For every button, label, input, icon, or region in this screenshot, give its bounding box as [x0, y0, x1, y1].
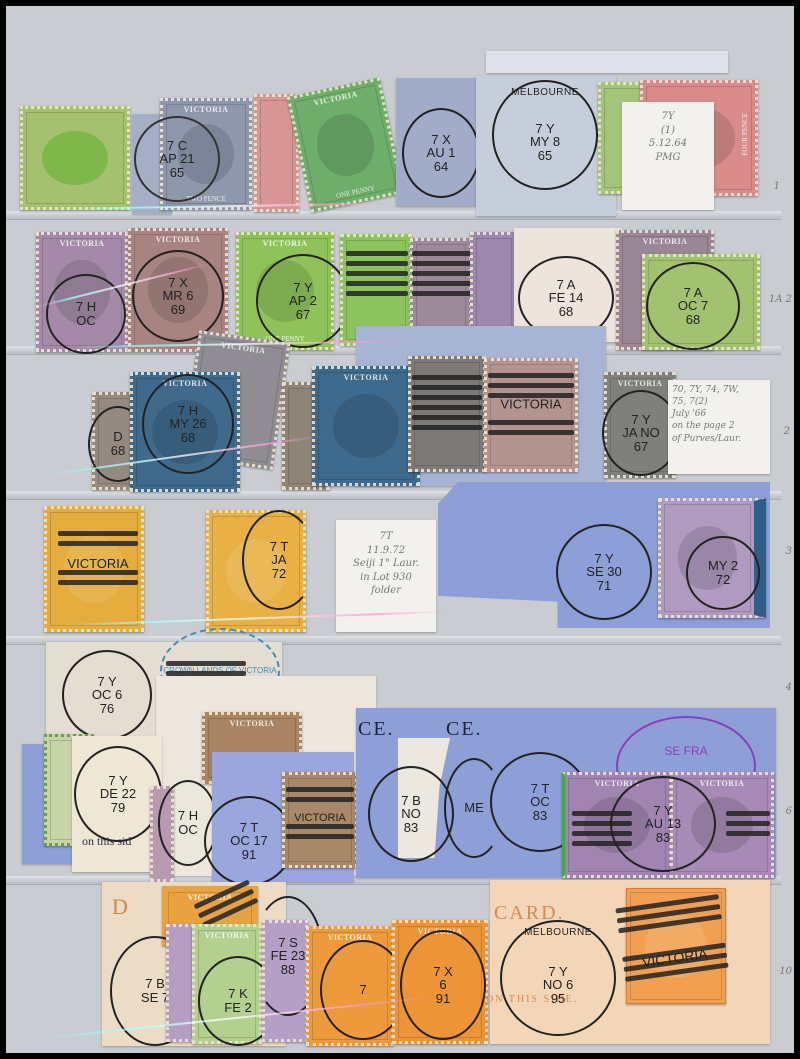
stockbook-strip — [6, 211, 781, 220]
postmark-melbourne: MY 272 — [686, 536, 760, 610]
barred-cancel — [346, 246, 408, 301]
postmark-melbourne: 7 YSE 3071 — [556, 524, 652, 620]
postmark-melbourne: 7 TOC 1791 — [204, 796, 294, 886]
piece-paper — [486, 51, 728, 73]
printed-text: CE. — [358, 718, 395, 741]
postmark-melbourne: 7 X691 — [400, 930, 486, 1040]
barred-cancel: VICTORIA — [615, 889, 730, 987]
barred-cancel: VICTORIA — [58, 526, 138, 590]
stockbook-page: VICTORIA TWO PENCE 7 CAP 2165 VICTORIA O… — [6, 6, 794, 1053]
printed-text: on this sid — [82, 834, 131, 849]
postmark-melbourne: 7 YAP 267 — [256, 254, 350, 348]
strip-label: 1 — [774, 181, 780, 192]
stamp-green-one-penny: VICTORIA ONE PENNY — [287, 77, 404, 212]
strip-label: 6 — [786, 806, 792, 817]
postmark-melbourne: 7 AOC 768 — [646, 262, 740, 350]
printed-text: CE. — [446, 718, 483, 741]
barred-cancel — [726, 806, 770, 841]
postmark-melbourne: 7 XAU 164 — [402, 108, 480, 198]
collector-note: 70, 7Y, 74, 7W,75, 7(2)July '66on the pa… — [668, 380, 770, 474]
postmark-melbourne: MELBOURNE 7 YNO 695 — [500, 920, 616, 1036]
stamp-blue: VICTORIA — [312, 366, 420, 486]
stamp-lilac — [470, 232, 518, 336]
printed-text: D — [112, 894, 130, 920]
stamp-green-one-penny — [20, 106, 130, 210]
postmark-melbourne: MELBOURNE 7 YMY 865 — [492, 80, 598, 190]
strip-label: 2 — [784, 426, 790, 437]
barred-cancel — [412, 246, 472, 301]
postmark-melbourne: 7 YDE 2279 — [74, 746, 162, 842]
strip-label: 4 — [786, 682, 792, 693]
postmark-melbourne: 7 TJA72 — [242, 510, 316, 610]
barred-cancel: VICTORIA — [286, 782, 354, 844]
barred-cancel: VICTORIA — [488, 368, 574, 440]
strip-label: 10 — [779, 966, 792, 977]
postmark-melbourne: 7 CAP 2165 — [134, 116, 220, 202]
strip-label: 3 — [786, 546, 792, 557]
postmark-melbourne: 7 BNO83 — [368, 766, 454, 862]
collector-note: 7Y(1)5.12.64PMG — [622, 102, 714, 210]
barred-cancel — [412, 370, 482, 435]
strip-label: 1A 2 — [769, 294, 792, 305]
postmark-melbourne: 7 YAU 1383 — [610, 776, 716, 872]
postmark-melbourne: 7 YOC 676 — [62, 650, 152, 740]
